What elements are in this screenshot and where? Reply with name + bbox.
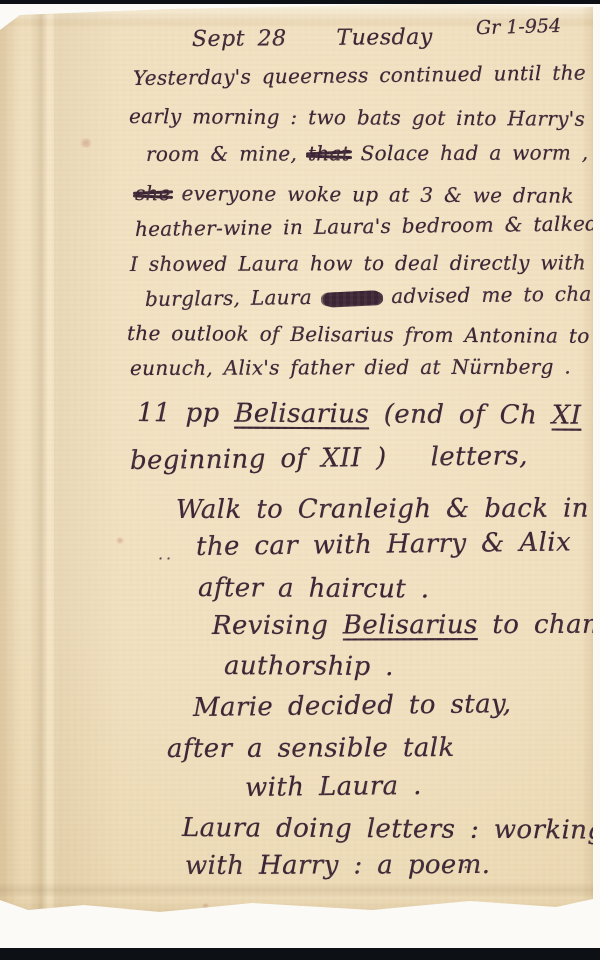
stray-pen-mark: · ·: [447, 858, 471, 877]
manuscript-line: Revising Belisarius to change: [212, 610, 600, 641]
manuscript-line: Marie decided to stay,: [193, 689, 512, 723]
text-segment: after a haircut .: [198, 573, 430, 604]
text-segment: Solace had a worm ,: [350, 140, 589, 165]
manuscript-line: after a haircut .: [198, 573, 430, 604]
manuscript-line: after a sensible talk: [167, 733, 455, 764]
manuscript-line: the car with Harry & Alix: [196, 527, 571, 562]
manuscript-line: Walk to Cranleigh & back in: [176, 494, 589, 525]
text-segment: room & mine,: [146, 141, 308, 166]
manuscript-line: 11 pp Belisarius (end of Ch XI: [137, 398, 582, 431]
text-segment: with Laura .: [245, 771, 422, 803]
film-edge-bottom: [0, 948, 600, 960]
text-segment: beginning of XII ) letters,: [130, 441, 528, 476]
manuscript-line: authorship .: [224, 651, 394, 682]
text-segment: Yesterday's queerness continued until th…: [133, 60, 586, 90]
text-segment: 11 pp: [137, 398, 234, 429]
text-segment: Laura doing letters : working: [182, 813, 600, 846]
film-edge-top: [0, 0, 600, 4]
text-segment: after a sensible talk: [167, 733, 455, 764]
manuscript-text-layer: Yesterday's queerness continued until th…: [0, 4, 593, 916]
text-segment: (end of Ch: [369, 399, 552, 430]
manuscript-line: the outlook of Belisarius from Antonina …: [127, 321, 600, 348]
ink-blot: [322, 290, 381, 307]
stray-pen-mark: ··: [158, 549, 174, 568]
text-segment: authorship .: [224, 651, 394, 682]
text-segment: with Harry : a poem.: [185, 850, 491, 881]
text-segment: Revising: [212, 611, 343, 641]
manuscript-line: she everyone woke up at 3 & we drank: [135, 181, 574, 208]
manuscript-line: Laura doing letters : working: [182, 813, 600, 846]
manuscript-line: with Harry : a poem.: [185, 850, 491, 881]
text-segment: everyone woke up at 3 & we drank: [171, 181, 574, 207]
underlined-word: Belisarius: [234, 399, 369, 430]
manuscript-line: early morning : two bats got into Harry'…: [129, 104, 585, 131]
struck-word: that: [308, 141, 350, 165]
manuscript-line: eunuch, Alix's father died at Nürnberg .: [130, 354, 571, 380]
text-segment: early morning : two bats got into Harry'…: [129, 104, 585, 131]
text-segment: the outlook of Belisarius from Antonina …: [127, 321, 600, 348]
text-segment: Walk to Cranleigh & back in: [176, 494, 589, 525]
paper: Gr 1-954 Sept 28 Tuesday Yesterday's que…: [0, 4, 593, 916]
text-segment: to change: [478, 610, 600, 641]
text-segment: burglars, Laura: [145, 285, 323, 311]
text-segment: eunuch, Alix's father died at Nürnberg .: [130, 354, 571, 380]
text-segment: Marie decided to stay,: [193, 689, 512, 723]
manuscript-line: with Laura .: [245, 771, 422, 803]
underlined-word: Belisarius: [343, 610, 478, 640]
text-segment: advised me to change: [380, 281, 600, 308]
manuscript-line: burglars, Laura advised me to change: [145, 281, 600, 311]
manuscript-line: heather-wine in Laura's bedroom & talked…: [135, 211, 600, 241]
text-segment: the car with Harry & Alix: [196, 527, 571, 562]
manuscript-line: beginning of XII ) letters,: [130, 441, 528, 476]
manuscript-line: room & mine, that Solace had a worm ,: [146, 140, 588, 166]
manuscript-line: I showed Laura how to deal directly with: [130, 250, 586, 276]
struck-word: she: [135, 181, 171, 205]
text-segment: heather-wine in Laura's bedroom & talked…: [135, 211, 600, 241]
manuscript-line: Yesterday's queerness continued until th…: [133, 60, 586, 90]
text-segment: I showed Laura how to deal directly with: [130, 250, 586, 276]
underlined-word: XI: [552, 401, 582, 431]
